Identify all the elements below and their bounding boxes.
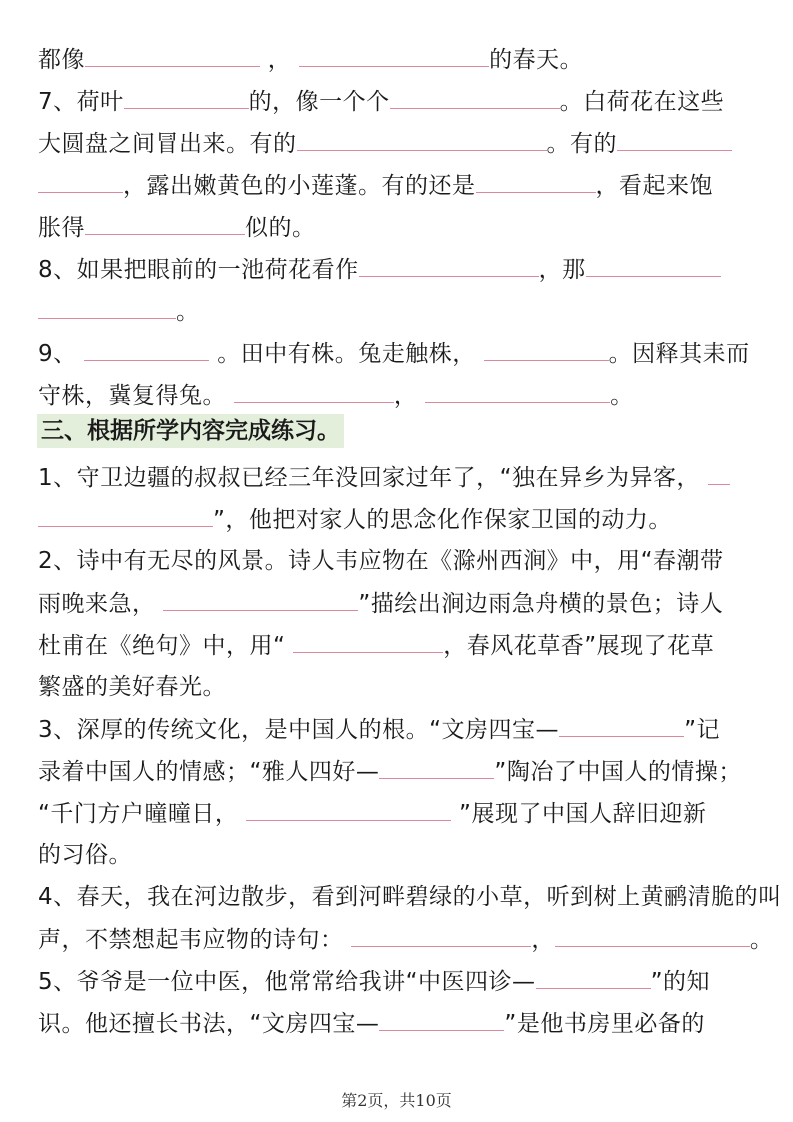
text-line: 守株，冀复得兔。 ， 。	[38, 380, 634, 410]
answer-blank[interactable]	[246, 798, 451, 821]
line-text: 录着中国人的情感；“雅人四好—	[38, 759, 379, 785]
text-line: 雨晚来急， ”描绘出涧边雨急舟横的景色；诗人	[38, 588, 723, 618]
answer-blank[interactable]	[234, 380, 394, 403]
text-line: 繁盛的美好春光。	[38, 672, 226, 702]
answer-blank[interactable]	[351, 924, 531, 947]
text-line: 4、春天，我在河边散步，看到河畔碧绿的小草，听到树上黄鹂清脆的叫	[38, 882, 782, 912]
answer-blank[interactable]	[85, 212, 245, 235]
answer-blank[interactable]	[38, 296, 176, 319]
text-line: 7、荷叶的，像一个个。白荷花在这些	[38, 86, 724, 116]
text-line: 的习俗。	[38, 840, 132, 870]
line-text: ”记	[684, 717, 720, 743]
text-line: “千门方户曈曈日， ”展现了中国人辞旧迎新	[38, 798, 706, 828]
line-text: ，看起来饱	[596, 173, 714, 199]
text-line: 8、如果把眼前的一池荷花看作，那	[38, 254, 721, 284]
answer-blank[interactable]	[708, 462, 730, 485]
text-line: 声，不禁想起韦应物的诗句： ，。	[38, 924, 773, 954]
line-text: ，那	[539, 257, 586, 283]
line-text: 雨晚来急，	[38, 591, 163, 617]
answer-blank[interactable]	[476, 170, 596, 193]
line-text: 2、诗中有无尽的风景。诗人韦应物在《滁州西涧》中，用“春潮带	[38, 548, 724, 574]
line-text: 似的。	[245, 215, 316, 241]
answer-blank[interactable]	[425, 380, 610, 403]
line-text: 7、荷叶	[38, 89, 124, 115]
section-header: 三、根据所学内容完成练习。	[37, 414, 344, 448]
line-text: 9、	[38, 341, 84, 367]
line-text: 胀得	[38, 215, 85, 241]
line-text: ”是他书房里必备的	[504, 1011, 704, 1037]
line-text: “千门方户曈曈日，	[38, 801, 246, 827]
answer-blank[interactable]	[297, 128, 547, 151]
line-text: ，春风花草香”展现了花草	[443, 633, 714, 659]
answer-blank[interactable]	[299, 44, 489, 67]
line-text: 繁盛的美好春光。	[38, 674, 226, 700]
text-line: 识。他还擅长书法，“文房四宝—”是他书房里必备的	[38, 1008, 705, 1038]
line-text: ，露出嫩黄色的小莲蓬。有的还是	[123, 173, 476, 199]
answer-blank[interactable]	[555, 924, 750, 947]
line-text: 。	[750, 927, 774, 953]
line-text: ”，他把对家人的思念化作保家卫国的动力。	[213, 507, 672, 533]
text-line: 录着中国人的情感；“雅人四好—”陶冶了中国人的情操；	[38, 756, 742, 786]
line-text: ”描绘出涧边雨急舟横的景色；诗人	[358, 591, 723, 617]
text-line: ，露出嫩黄色的小莲蓬。有的还是，看起来饱	[38, 170, 713, 200]
line-text: ”陶冶了中国人的情操；	[494, 759, 741, 785]
answer-blank[interactable]	[390, 86, 560, 109]
line-text: 。	[176, 299, 200, 325]
line-text: 识。他还擅长书法，“文房四宝—	[38, 1011, 379, 1037]
line-text: 4、春天，我在河边散步，看到河畔碧绿的小草，听到树上黄鹂清脆的叫	[38, 884, 782, 910]
line-text: 。田中有株。兔走触株，	[209, 341, 483, 367]
text-line: 5、爷爷是一位中医，他常常给我讲“中医四诊—”的知	[38, 966, 710, 996]
line-text: 都像	[38, 47, 85, 73]
text-line: 3、深厚的传统文化，是中国人的根。“文房四宝—”记	[38, 714, 720, 744]
answer-blank[interactable]	[124, 86, 249, 109]
line-text: 3、深厚的传统文化，是中国人的根。“文房四宝—	[38, 717, 559, 743]
line-text: 。白荷花在这些	[560, 89, 725, 115]
answer-blank[interactable]	[38, 504, 213, 527]
line-text: 5、爷爷是一位中医，他常常给我讲“中医四诊—	[38, 969, 536, 995]
line-text: ”展现了中国人辞旧迎新	[451, 801, 706, 827]
answer-blank[interactable]	[293, 630, 443, 653]
text-line: ”，他把对家人的思念化作保家卫国的动力。	[38, 504, 672, 534]
answer-blank[interactable]	[379, 756, 494, 779]
answer-blank[interactable]	[536, 966, 651, 989]
answer-blank[interactable]	[484, 338, 609, 361]
line-text: ，	[394, 383, 425, 409]
text-line: 杜甫在《绝句》中，用“ ，春风花草香”展现了花草	[38, 630, 714, 660]
line-text: 的，像一个个	[249, 89, 390, 115]
answer-blank[interactable]	[379, 1008, 504, 1031]
page-number: 第2页，共10页	[0, 1088, 793, 1111]
answer-blank[interactable]	[38, 170, 123, 193]
text-line: 2、诗中有无尽的风景。诗人韦应物在《滁州西涧》中，用“春潮带	[38, 546, 724, 576]
line-text: 1、守卫边疆的叔叔已经三年没回家过年了，“独在异乡为异客，	[38, 465, 708, 491]
answer-blank[interactable]	[559, 714, 684, 737]
line-text: 大圆盘之间冒出来。有的	[38, 131, 297, 157]
line-text: 的习俗。	[38, 842, 132, 868]
line-text: ”的知	[651, 969, 710, 995]
answer-blank[interactable]	[586, 254, 721, 277]
line-text: ，	[531, 927, 555, 953]
line-text: 。有的	[547, 131, 618, 157]
line-text: 杜甫在《绝句》中，用“	[38, 633, 293, 659]
line-text: 声，不禁想起韦应物的诗句：	[38, 927, 351, 953]
answer-blank[interactable]	[617, 128, 732, 151]
text-line: 1、守卫边疆的叔叔已经三年没回家过年了，“独在异乡为异客，	[38, 462, 730, 492]
line-text: ，	[260, 47, 299, 73]
text-line: 大圆盘之间冒出来。有的。有的	[38, 128, 732, 158]
line-text: 。因释其耒而	[609, 341, 750, 367]
answer-blank[interactable]	[359, 254, 539, 277]
answer-blank[interactable]	[84, 338, 209, 361]
text-line: 都像 ， 的春天。	[38, 44, 583, 74]
answer-blank[interactable]	[85, 44, 260, 67]
answer-blank[interactable]	[163, 588, 358, 611]
line-text: 。	[610, 383, 634, 409]
text-line: 9、 。田中有株。兔走触株， 。因释其耒而	[38, 338, 750, 368]
line-text: 守株，冀复得兔。	[38, 383, 234, 409]
line-text: 8、如果把眼前的一池荷花看作	[38, 257, 359, 283]
text-line: 。	[38, 296, 200, 326]
text-line: 胀得似的。	[38, 212, 316, 242]
line-text: 的春天。	[489, 47, 583, 73]
